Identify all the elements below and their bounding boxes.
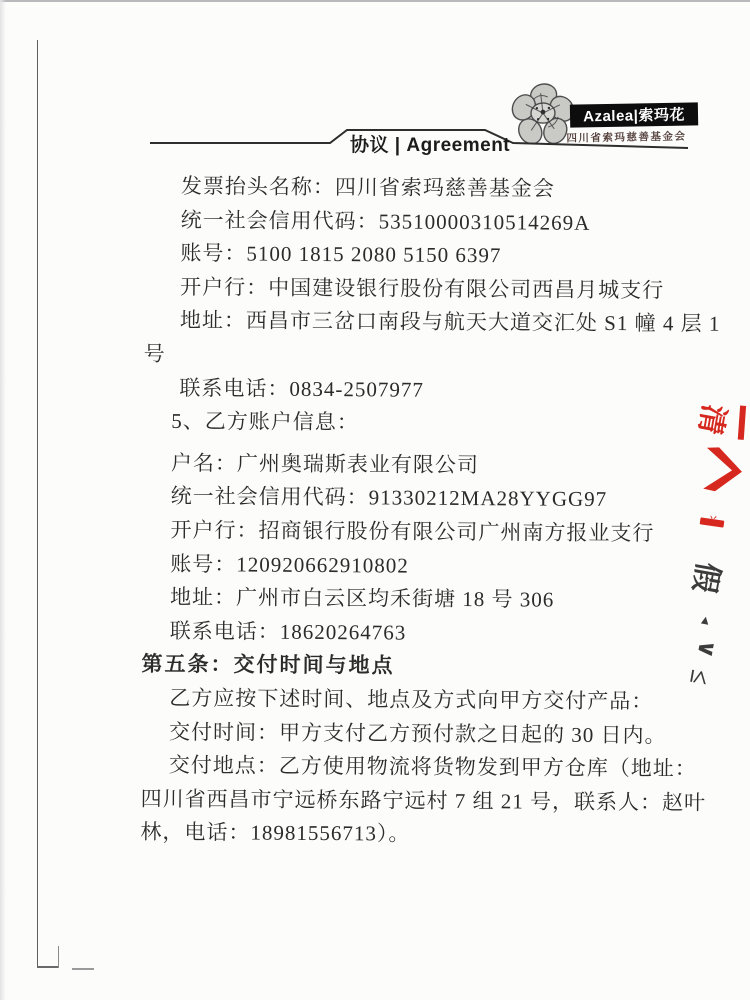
line-address-a-1: 地址：西昌市三岔口南段与航天大道交汇处 S1 幢 4 层 1 [144, 304, 656, 341]
line-address-a-2: 号 [144, 338, 656, 375]
line-credit-code-a: 统一社会信用代码：53510000310514269A [145, 203, 657, 240]
red-stamp-fragment-icon: 清 [691, 401, 740, 438]
line-invoice-title: 发票抬头名称：四川省索玛慈善基金会 [145, 170, 657, 207]
red-stamp-fragment-icon: 丷 [700, 517, 725, 527]
line-party-b-heading: 5、乙方账户信息： [143, 405, 655, 442]
line-delivery-place-2: 四川省西昌市宁远桥东路宁远村 7 组 21 号，联系人：赵叶 [140, 782, 652, 819]
line-article-5-heading: 第五条：交付时间与地点 [141, 648, 653, 685]
line-delivery-place-3: 林，电话：18981556713）。 [140, 816, 652, 853]
scan-left-edge-shade [0, 0, 6, 1000]
agreement-tab-label: 协议 | Agreement [350, 130, 520, 152]
line-address-b: 地址：广州市白云区均禾街塘 18 号 306 [142, 581, 654, 618]
line-delivery-time: 交付时间：甲方支付乙方预付款之日起的 30 日内。 [141, 715, 653, 752]
red-chevron-stamp-icon [702, 447, 742, 493]
line-account-name-b: 户名：广州奥瑞斯表业有限公司 [143, 446, 655, 483]
scanned-contract-page: Azalea|索玛花 四川省索玛慈善基金会 协议 | Agreement 发票抬… [0, 0, 750, 1000]
line-bank-a: 开户行：中国建设银行股份有限公司西昌月城支行 [144, 271, 656, 308]
line-delivery-place-1: 交付地点：乙方使用物流将货物发到甲方仓库（地址： [141, 749, 653, 786]
dark-print-fragment-icon: 假 [685, 559, 734, 596]
dark-print-fragment-icon: ◂ [696, 615, 716, 626]
scan-corner-mark [58, 946, 59, 968]
line-account-number-b: 账号：120920662910802 [142, 547, 654, 584]
contract-body: 发票抬头名称：四川省索玛慈善基金会 统一社会信用代码：5351000031051… [140, 170, 657, 853]
line-phone-b: 联系电话：18620264763 [142, 614, 654, 651]
line-phone-a: 联系电话：0834-2507977 [143, 371, 655, 408]
dark-print-fragment-icon: ∨ [690, 637, 723, 661]
logo-brand-text: Azalea|索玛花 [583, 104, 685, 127]
line-delivery-intro: 乙方应按下述时间、地点及方式向甲方交付产品： [141, 682, 653, 719]
scan-top-edge-line [0, 0, 750, 2]
line-credit-code-b: 统一社会信用代码：91330212MA28YYGG97 [143, 480, 655, 517]
line-bank-b: 开户行：招商银行股份有限公司广州南方报业支行 [142, 514, 654, 551]
dark-print-fragment-icon: ≤ [683, 667, 715, 686]
line-account-number-a: 账号：5100 1815 2080 5150 6397 [144, 237, 656, 274]
scan-vertical-fold-line [37, 40, 38, 968]
scan-corner-mark [37, 966, 58, 968]
scan-corner-mark [72, 968, 94, 970]
